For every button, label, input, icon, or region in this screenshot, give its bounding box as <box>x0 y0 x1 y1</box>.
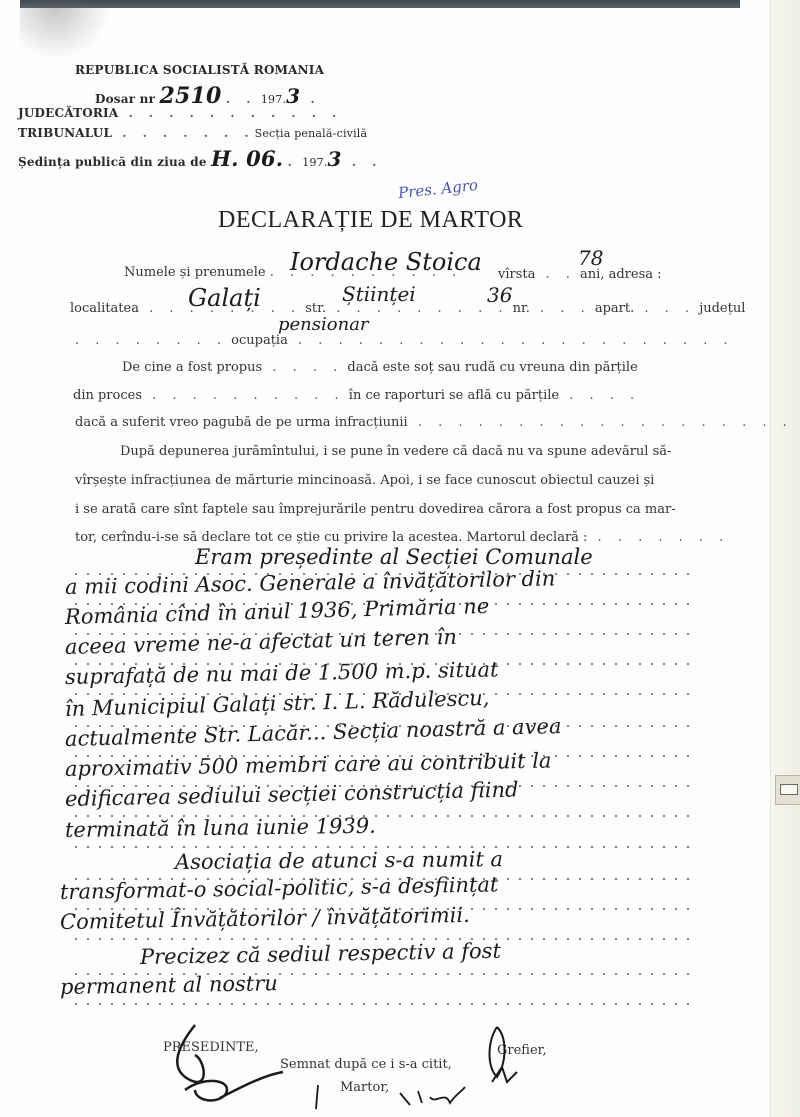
judecatoria-label: JUDECĂTORIA <box>18 106 118 120</box>
numele-label: Numele și prenumele <box>124 265 266 280</box>
paguba-label: dacă a suferit vreo pagubă de pe urma in… <box>75 415 408 430</box>
testimony-line: permanent al nostru <box>60 971 278 999</box>
tribunalul-row: TRIBUNALUL . . . . . . .Secția penală-ci… <box>18 126 367 140</box>
blue-annotation: Pres. Agro <box>397 176 478 202</box>
propus-label: De cine a fost propus <box>122 360 262 375</box>
localitatea-label: localitatea <box>70 301 139 316</box>
document-title: DECLARAȚIE DE MARTOR <box>218 207 523 234</box>
testimony-line: Precizez că sediul respectiv a fost <box>140 939 501 969</box>
testimony-line: actualmente Str. Lacăr... Secția noastră… <box>65 714 562 751</box>
oath-line-2: vîrșește infracțiunea de mărturie mincin… <box>75 473 654 488</box>
republic-heading: REPUBLICA SOCIALISTĂ ROMANIA <box>75 63 324 77</box>
ocupatia-row: . . . . . . . . ocupația . . . . . . . .… <box>75 333 734 348</box>
sedinta-date: H. 06. <box>211 146 283 171</box>
raporturi-label: în ce raporturi se află cu părțile <box>349 388 559 403</box>
ocupatia-label: ocupația <box>231 333 288 348</box>
judetul-label: județul <box>699 301 745 316</box>
str-value: Științei <box>342 282 416 306</box>
tribunalul-label: TRIBUNALUL <box>18 126 112 140</box>
page-tab-marker <box>775 775 800 805</box>
testimony-line: edificarea sediului secției construcția … <box>65 778 519 811</box>
grefier-signature <box>482 1022 522 1092</box>
dosar-label: Dosar nr <box>95 92 155 106</box>
nr-label: nr. <box>513 301 530 316</box>
localitatea-value: Galați <box>188 284 261 312</box>
ruda-label: dacă este soț sau rudă cu vreuna din păr… <box>347 360 637 375</box>
testimony-line: Eram președinte al Secției Comunale <box>195 545 593 569</box>
testimony-line: în Municipiul Galați str. I. L. Rădulesc… <box>65 686 490 721</box>
sedinta-year-digit: 3 <box>328 147 342 171</box>
oath-line-4: tor, cerîndu-i-se să declare tot ce știe… <box>75 530 729 545</box>
sectia-label: Secția penală-civilă <box>255 127 368 140</box>
dosar-year-prefix: 197. <box>261 93 286 106</box>
sedinta-row: Ședința publică din ziua de H. 06. . 197… <box>18 146 382 171</box>
dosar-year-digit: 3 <box>286 84 300 108</box>
testimony-line: aceea vreme ne-a afectat un teren în <box>65 625 457 659</box>
proces-label: din proces <box>73 388 142 403</box>
dotted-rule <box>70 938 690 940</box>
propus-row: De cine a fost propus . . . . dacă este … <box>122 360 638 375</box>
martor-signature <box>310 1075 470 1115</box>
sedinta-year-prefix: 197. <box>302 156 327 169</box>
nr-value: 36 <box>487 283 512 307</box>
virsta-label: vîrsta <box>498 267 535 282</box>
scan-top-edge <box>20 0 740 8</box>
scan-right-margin <box>770 0 800 1117</box>
presedinte-signature <box>165 1020 285 1110</box>
testimony-line: terminată în luna iunie 1939. <box>65 814 376 842</box>
paguba-row: dacă a suferit vreo pagubă de pe urma in… <box>75 415 793 430</box>
ocupatia-value: pensionar <box>278 314 369 335</box>
testimony-line: Asociația de atunci s-a numit a <box>175 847 503 874</box>
virsta-value: 78 <box>578 246 603 270</box>
judecatoria-row: JUDECĂTORIA . . . . . . . . . . . <box>18 106 342 120</box>
semnat-label: Semnat după ce i s-a citit, <box>280 1057 452 1072</box>
numele-value: Iordache Stoica <box>290 248 482 276</box>
scan-noise <box>20 0 110 60</box>
oath-line-3: i se arată care sînt faptele sau împreju… <box>75 502 676 517</box>
dotted-rule <box>70 1003 690 1005</box>
testimony-line: România cînd în anul 1936, Primăria ne <box>65 594 490 629</box>
testimony-line: aproximativ 500 membri care au contribui… <box>65 749 552 781</box>
proces-row: din proces . . . . . . . . . . în ce rap… <box>73 388 640 403</box>
sedinta-label: Ședința publică din ziua de <box>18 155 207 169</box>
oath-line-1: După depunerea jurămîntului, i se pune î… <box>120 444 671 459</box>
apart-label: apart. <box>595 301 634 316</box>
